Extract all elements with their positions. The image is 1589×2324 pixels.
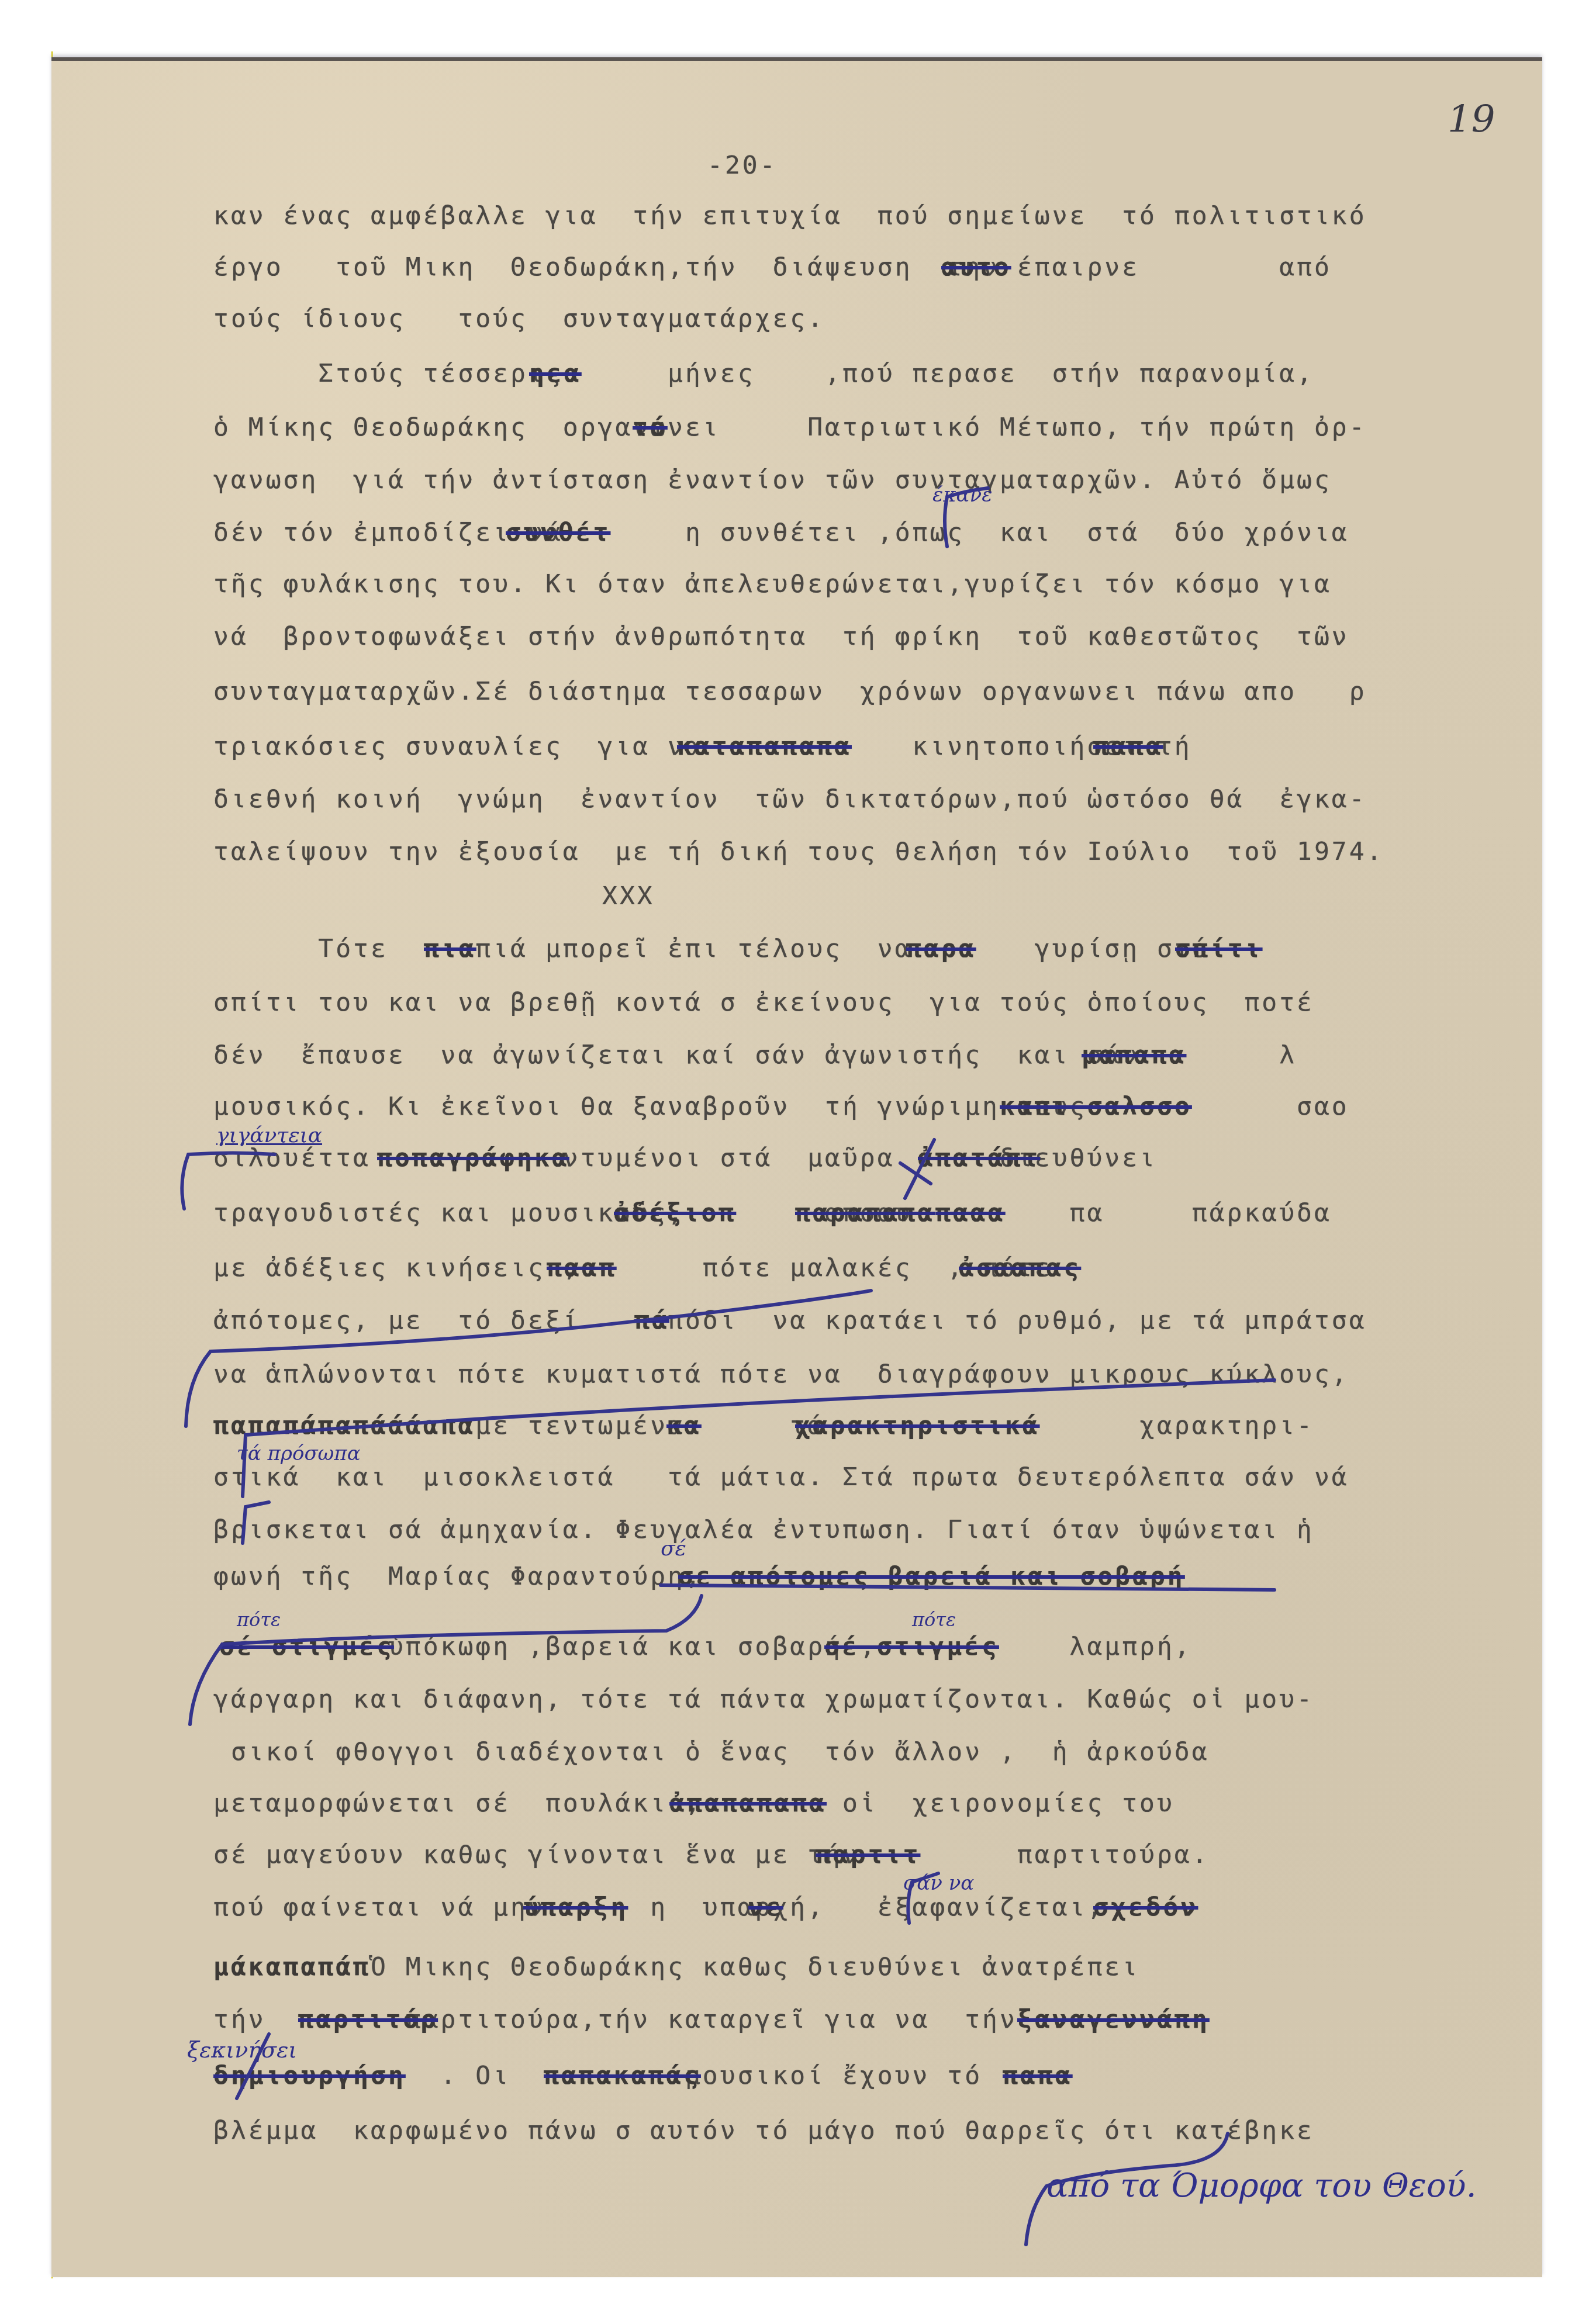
pen-insertion: έκανε bbox=[932, 485, 992, 505]
struck-text: παπακαπάς bbox=[544, 2063, 701, 2088]
struck-text: ηεα bbox=[529, 361, 582, 386]
page-header: -20- bbox=[707, 153, 778, 178]
struck-text: σχεδόν bbox=[1093, 1895, 1198, 1920]
struck-text: παρτιτ bbox=[816, 1842, 920, 1867]
struck-text: καταπαπαπα bbox=[677, 734, 852, 759]
typed-line: ταλείψουν την ἐξουσία με τή δική τους θε… bbox=[213, 839, 1384, 864]
typed-line: διεθνή κοινή γνώμη ἐναντίον τῶν δικτατόρ… bbox=[213, 787, 1367, 812]
typed-line: δέν τόν ἐμποδίζει νά η συνθέτει ,όπως κα… bbox=[213, 520, 1349, 545]
struck-text: πά bbox=[634, 1308, 669, 1333]
typed-line: με ἀδέξιες κινήσεις , πότε μαλακές , πότ… bbox=[213, 1256, 1052, 1281]
pen-insertion: γιγάντεια bbox=[216, 1125, 322, 1146]
struck-text: χαρακτηριστικά bbox=[795, 1413, 1039, 1438]
struck-text: πααα bbox=[935, 1201, 1006, 1226]
struck-text: ἀσααπας bbox=[959, 1256, 1081, 1281]
typed-line: να ἁπλώνονται πότε κυματιστά πότε να δια… bbox=[213, 1362, 1349, 1387]
pen-insertion: πότε bbox=[237, 1610, 281, 1629]
struck-text: ἀπαπαπαπα bbox=[669, 1791, 827, 1816]
pen-insertion: σέ bbox=[661, 1538, 686, 1559]
struck-text: αυτο bbox=[941, 255, 1011, 280]
typed-line: τραγουδιστές και μουσικούς, απσαυ πα πάρ… bbox=[213, 1201, 1332, 1226]
typed-line: πού φαίνεται νά μην η υπαρχή, ἐξαφανίζετ… bbox=[213, 1895, 1104, 1920]
struck-text: σπίτι bbox=[1175, 936, 1262, 962]
pen-insertion: ξεκινήσει bbox=[187, 2039, 297, 2061]
typed-line: σπίτι του και να βρεθῇ κοντά σ ἐκείνους … bbox=[213, 990, 1314, 1015]
struck-text: παρτιτόρ bbox=[298, 2007, 438, 2032]
typed-line: βλέμμα καρφωμένο πάνω σ αυτόν τό μάγο πο… bbox=[213, 2118, 1314, 2143]
struck-text: μαπαπα bbox=[1082, 1043, 1186, 1068]
archive-page-number: 19 bbox=[1448, 98, 1495, 141]
closing-note: από τα Όμορφα του Θεού. bbox=[1046, 2170, 1476, 2202]
struck-text: καπι σαλσσο bbox=[1000, 1094, 1192, 1119]
typed-line: φωνή τῆς Μαρίας Φαραντούρη, bbox=[213, 1564, 703, 1589]
struck-text: ἀπατάπτ bbox=[918, 1146, 1040, 1171]
typed-line: σέ μαγεύουν καθως γίνονται ἕνα με τήν πα… bbox=[213, 1842, 1210, 1867]
struck-text: πια bbox=[424, 936, 476, 962]
typed-line: καν ένας αμφέβαλλε για τήν επιτυχία πού … bbox=[213, 203, 1367, 229]
typed-line: σικοί φθογγοι διαδέχονται ὁ ἕνας τόν ἄλλ… bbox=[213, 1739, 1210, 1765]
typed-line: ἀπότομες, με τό δεξί πόδι να κρατάει τό … bbox=[213, 1308, 1367, 1333]
struck-text: τό bbox=[633, 415, 668, 440]
struck-text: παπα bbox=[1003, 2063, 1073, 2088]
struck-text: ξαναγεννάπη bbox=[1017, 2007, 1210, 2032]
struck-text: κα bbox=[666, 1413, 702, 1438]
typed-line: νά βροντοφωνάξει στήν ἀνθρωπότητα τή φρί… bbox=[213, 624, 1349, 649]
typed-line: έργο τοῦ Μικη Θεοδωράκη,τήν διάψευση την… bbox=[213, 255, 1332, 280]
overtyped-text: μάκαπαπάπ bbox=[213, 1955, 371, 1980]
typed-line: γανωση γιά τήν ἀντίσταση ἐναντίον τῶν συ… bbox=[213, 468, 1332, 493]
typed-line: συνταγματαρχῶν.Σέ διάστημα τεσσαρων χρόν… bbox=[213, 679, 1367, 704]
struck-text: παπα bbox=[1093, 734, 1163, 759]
struck-text: παραπαπα bbox=[795, 1201, 935, 1226]
overtyped-text: παπαπάπαπάάάαπα bbox=[213, 1413, 475, 1438]
typed-line: στικά και μισοκλειστά τά μάτια. Στά πρωτ… bbox=[213, 1465, 1349, 1490]
section-separator: XXX bbox=[602, 884, 655, 909]
typed-line: τούς ίδιους τούς συνταγματάρχες. bbox=[213, 306, 825, 331]
struck-text: σε απότομες βαρειά και σοβαρή bbox=[678, 1564, 1185, 1589]
typed-line: Τότε πιά μπορεῖ ἐπι τέλους να γυρίσῃ στό bbox=[213, 936, 1314, 962]
struck-text: παρα bbox=[906, 936, 976, 962]
struck-text: πααπ bbox=[547, 1256, 617, 1281]
typed-line: γάργαρη και διάφανη, τότε τά πάντα χρωμα… bbox=[213, 1687, 1314, 1712]
typed-line: τῆς φυλάκισης του. Κι όταν ἀπελευθερώνετ… bbox=[213, 572, 1332, 597]
pen-insertion: σάν να bbox=[903, 1873, 974, 1893]
pen-insertion: τά πρόσωπα bbox=[237, 1444, 361, 1464]
typed-line: βρισκεται σά ἀμηχανία. Φευγαλέα ἐντυπωση… bbox=[213, 1517, 1314, 1543]
typed-line: Στούς τέσσερις μήνες ,πού περασε στήν πα… bbox=[213, 361, 1314, 386]
struck-text: συνθέτ bbox=[506, 520, 610, 545]
struck-text: νε bbox=[748, 1895, 783, 1920]
struck-text: ύπαρξη bbox=[523, 1895, 628, 1920]
struck-text: δημιουργήση bbox=[213, 2063, 406, 2088]
struck-text: σέ στιγμές bbox=[219, 1634, 394, 1659]
struck-text: σέ στιγμές bbox=[824, 1634, 999, 1659]
typed-line: ὁ Μίκης Θεοδωράκης οργανώνει Πατριωτικό … bbox=[213, 415, 1367, 440]
pen-insertion: πότε bbox=[912, 1610, 956, 1629]
struck-text: ποπαγράφηκα bbox=[377, 1146, 569, 1171]
struck-text: ἀδέξιοπ bbox=[614, 1201, 736, 1226]
